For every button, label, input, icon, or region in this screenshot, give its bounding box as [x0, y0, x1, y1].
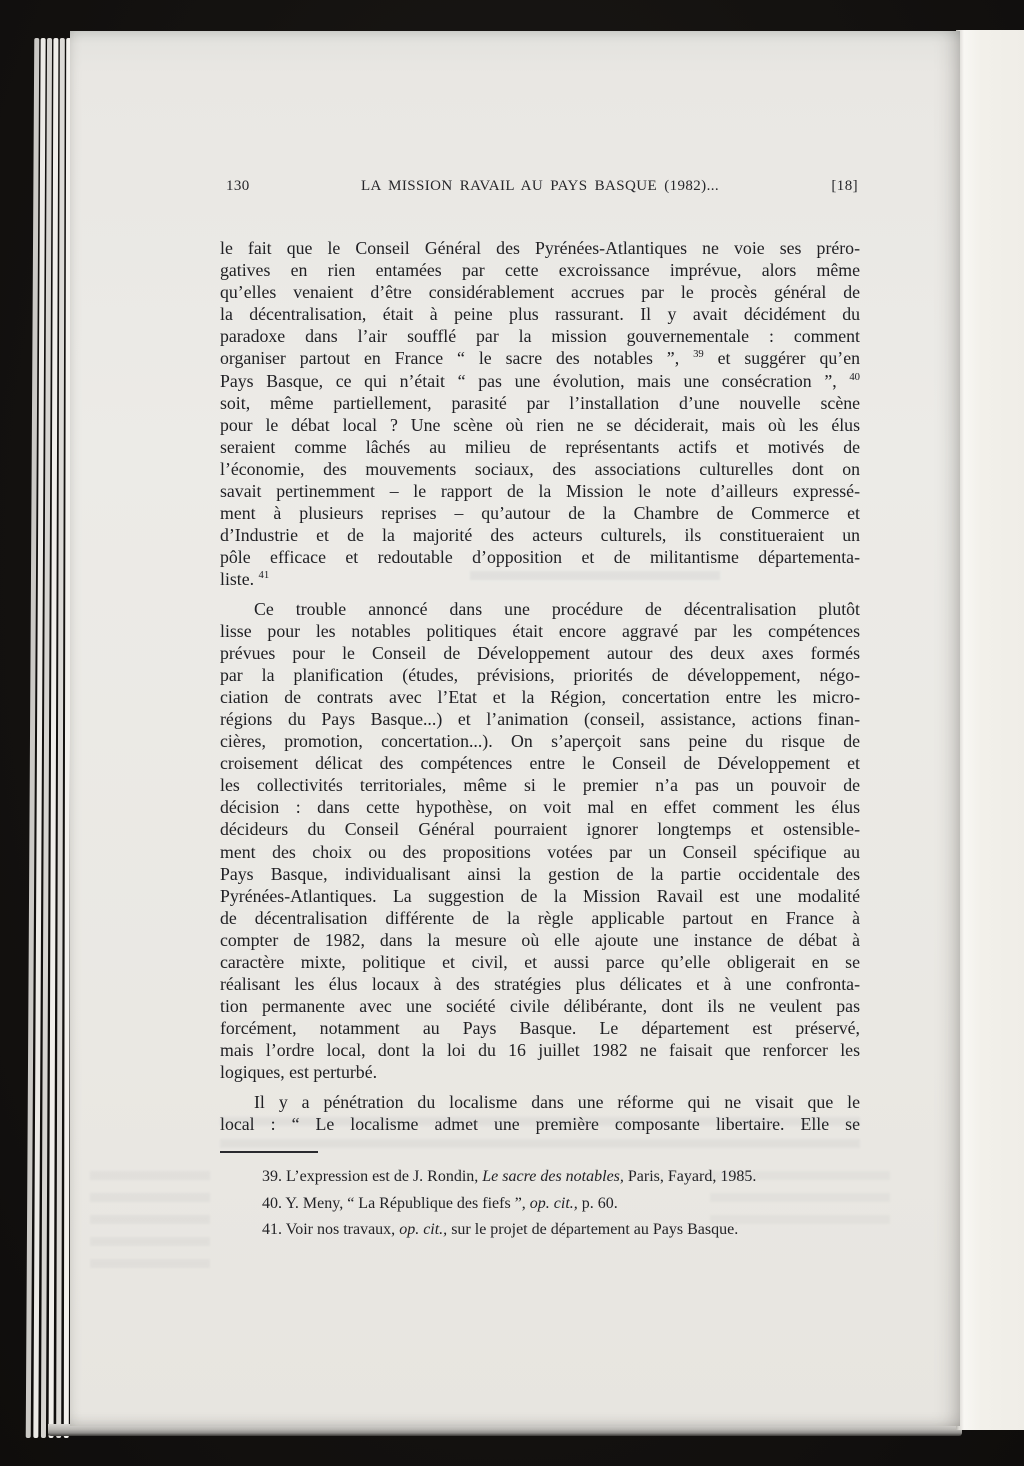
photo-background: 130 LA MISSION RAVAIL AU PAYS BASQUE (19…: [0, 0, 1024, 1466]
text-line: Pays Basque, individualisant ainsi la ge…: [220, 863, 860, 885]
text-line: Pyrénées-Atlantiques. La suggestion de l…: [220, 885, 860, 907]
text-line: qu’elles venaient d’être considérablemen…: [220, 281, 860, 303]
text-line: le fait que le Conseil Général des Pyrén…: [220, 237, 860, 259]
footnote: 40. Y. Meny, “ La République des fiefs ”…: [220, 1191, 865, 1218]
text-line: soit, même partiellement, parasité par l…: [220, 392, 860, 414]
text-line: tion permanente avec une société civile …: [220, 995, 860, 1017]
header-bracket-number: [18]: [831, 178, 858, 195]
text-line: logiques, est perturbé.: [220, 1061, 860, 1083]
text-line: Ce trouble annoncé dans une procédure de…: [220, 598, 860, 620]
text-line: régions du Pays Basque...) et l’animatio…: [220, 708, 860, 730]
paragraph: Il y a pénétration du localisme dans une…: [220, 1091, 860, 1135]
text-line: décision : dans cette hypothèse, on voit…: [220, 796, 860, 818]
text-line: caractère mixte, politique et civil, et …: [220, 951, 860, 973]
text-line: mais l’ordre local, dont la loi du 16 ju…: [220, 1039, 860, 1061]
facing-page: [956, 30, 1024, 1430]
paragraph: le fait que le Conseil Général des Pyrén…: [220, 237, 860, 591]
text-line: compter de 1982, dans la mesure où elle …: [220, 929, 860, 951]
text-line: paradoxe dans l’air soufflé par la missi…: [220, 325, 860, 347]
page-stack-left-edge: [30, 38, 74, 1438]
text-line: pôle efficace et redoutable d’opposition…: [220, 546, 860, 568]
text-line: savait pertinemment – le rapport de la M…: [220, 480, 860, 502]
text-line: ciation de contrats avec l’Etat et la Ré…: [220, 686, 860, 708]
book-page: 130 LA MISSION RAVAIL AU PAYS BASQUE (19…: [70, 31, 960, 1426]
running-title: LA MISSION RAVAIL AU PAYS BASQUE (1982).…: [220, 178, 860, 195]
text-line: lisse pour les notables politiques était…: [220, 620, 860, 642]
text-line: décideurs du Conseil Général pourraient …: [220, 818, 860, 840]
text-line: local : “ Le localisme admet une premièr…: [220, 1113, 860, 1135]
footnote: 41. Voir nos travaux, op. cit., sur le p…: [220, 1217, 865, 1244]
footnote: 39. L’expression est de J. Rondin, Le sa…: [220, 1164, 865, 1191]
text-line: la décentralisation, était à peine plus …: [220, 303, 860, 325]
footnotes: 39. L’expression est de J. Rondin, Le sa…: [220, 1164, 865, 1244]
text-line: prévues pour le Conseil de Développement…: [220, 642, 860, 664]
showthrough-smudge: [90, 1171, 210, 1271]
page-header: 130 LA MISSION RAVAIL AU PAYS BASQUE (19…: [220, 178, 860, 200]
text-line: croisement délicat des compétences entre…: [220, 752, 860, 774]
text-line: réalisant les élus locaux à des stratégi…: [220, 973, 860, 995]
text-line: forcément, notamment au Pays Basque. Le …: [220, 1017, 860, 1039]
text-line: de décentralisation différente de la règ…: [220, 907, 860, 929]
text-line: ment à plusieurs reprises – qu’autour de…: [220, 502, 860, 524]
text-line: par la planification (études, prévisions…: [220, 664, 860, 686]
text-line: cières, promotion, concertation...). On …: [220, 730, 860, 752]
paragraph: Ce trouble annoncé dans une procédure de…: [220, 598, 860, 1084]
text-line: ment des choix ou des propositions votée…: [220, 841, 860, 863]
footnote-rule: [220, 1151, 318, 1153]
text-line: Il y a pénétration du localisme dans une…: [220, 1091, 860, 1113]
text-line: liste. 41: [220, 568, 860, 590]
text-line: Pays Basque, ce qui n’était “ pas une év…: [220, 370, 860, 392]
text-block: le fait que le Conseil Général des Pyrén…: [220, 237, 860, 1135]
text-line: pour le débat local ? Une scène où rien …: [220, 414, 860, 436]
text-line: gatives en rien entamées par cette excro…: [220, 259, 860, 281]
text-line: d’Industrie et de la majorité des acteur…: [220, 524, 860, 546]
text-line: l’économie, des mouvements sociaux, des …: [220, 458, 860, 480]
text-line: seraient comme lâchés au milieu de repré…: [220, 436, 860, 458]
text-line: organiser partout en France “ le sacre d…: [220, 347, 860, 369]
text-line: les collectivités territoriales, même si…: [220, 774, 860, 796]
